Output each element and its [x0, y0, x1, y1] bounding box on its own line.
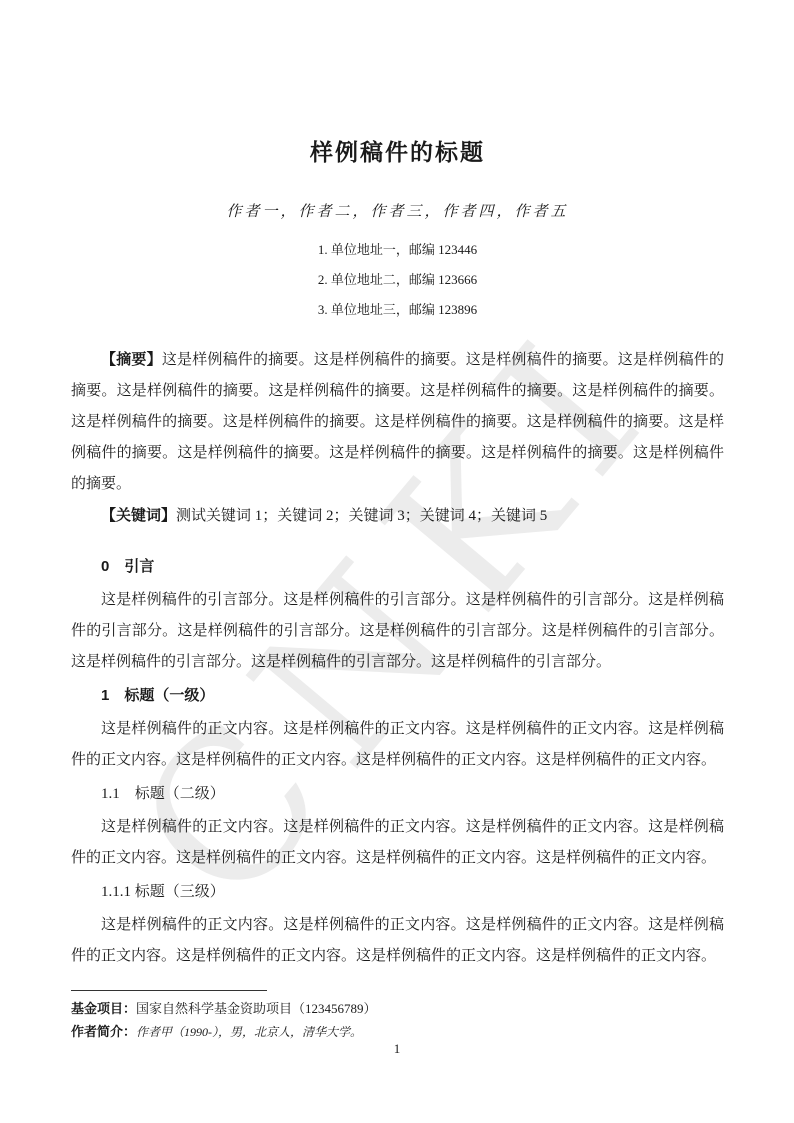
abstract-text: 这是样例稿件的摘要。这是样例稿件的摘要。这是样例稿件的摘要。这是样例稿件的摘要。…	[71, 352, 724, 492]
affiliations-block: 1. 单位地址一，邮编 123446 2. 单位地址二，邮编 123666 3.…	[71, 235, 724, 325]
document-page: CNKI 样例稿件的标题 作者一，作者二，作者三，作者四，作者五 1. 单位地址…	[0, 0, 794, 1123]
affiliation-line: 1. 单位地址一，邮编 123446	[71, 235, 724, 265]
section-body-level2: 这是样例稿件的正文内容。这是样例稿件的正文内容。这是样例稿件的正文内容。这是样例…	[71, 812, 724, 874]
affiliation-line: 2. 单位地址二，邮编 123666	[71, 265, 724, 295]
keywords-label: 【关键词】	[101, 507, 176, 524]
footnote-rule	[71, 990, 267, 991]
keywords-line: 【关键词】测试关键词 1；关键词 2；关键词 3；关键词 4；关键词 5	[71, 500, 724, 532]
section-body-level1: 这是样例稿件的正文内容。这是样例稿件的正文内容。这是样例稿件的正文内容。这是样例…	[71, 714, 724, 776]
section-heading-intro: 0 引言	[71, 557, 724, 577]
section-heading-level3: 1.1.1 标题（三级）	[71, 882, 724, 902]
keywords-text: 测试关键词 1；关键词 2；关键词 3；关键词 4；关键词 5	[176, 508, 547, 524]
section-heading-level2: 1.1 标题（二级）	[71, 784, 724, 804]
abstract-paragraph: 【摘要】这是样例稿件的摘要。这是样例稿件的摘要。这是样例稿件的摘要。这是样例稿件…	[71, 344, 724, 500]
abstract-label: 【摘要】	[101, 351, 162, 368]
author-bio-text: 作者甲（1990-），男，北京人，清华大学。	[136, 1025, 362, 1039]
fund-project-label: 基金项目：	[71, 1001, 136, 1016]
page-content: 样例稿件的标题 作者一，作者二，作者三，作者四，作者五 1. 单位地址一，邮编 …	[0, 0, 794, 972]
author-bio-label: 作者简介：	[71, 1024, 136, 1039]
fund-project-text: 国家自然科学基金资助项目（123456789）	[136, 1001, 377, 1016]
section-heading-level1: 1 标题（一级）	[71, 686, 724, 706]
affiliation-line: 3. 单位地址三，邮编 123896	[71, 295, 724, 325]
section-body-level3: 这是样例稿件的正文内容。这是样例稿件的正文内容。这是样例稿件的正文内容。这是样例…	[71, 910, 724, 972]
authors-line: 作者一，作者二，作者三，作者四，作者五	[71, 204, 724, 220]
page-number: 1	[0, 1041, 794, 1057]
footnote-block: 基金项目：国家自然科学基金资助项目（123456789） 作者简介：作者甲（19…	[71, 990, 724, 1044]
section-body-intro: 这是样例稿件的引言部分。这是样例稿件的引言部分。这是样例稿件的引言部分。这是样例…	[71, 585, 724, 678]
paper-title: 样例稿件的标题	[71, 139, 724, 166]
fund-project-line: 基金项目：国家自然科学基金资助项目（123456789）	[71, 997, 724, 1020]
